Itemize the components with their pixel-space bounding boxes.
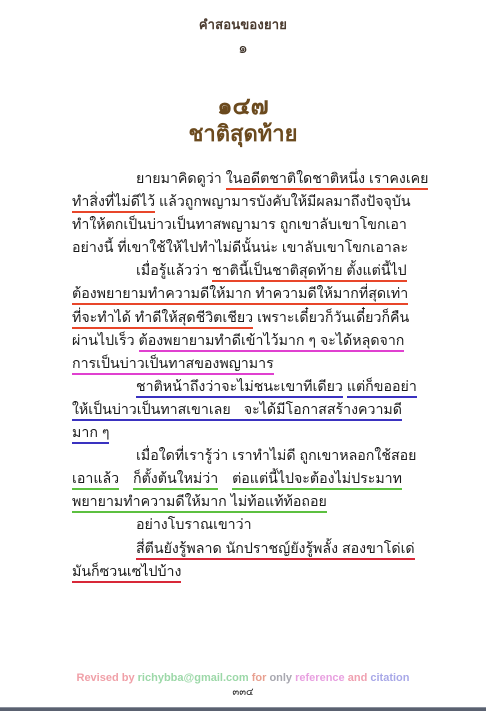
- credit-word: reference: [295, 672, 345, 684]
- credit-word: Revised by: [77, 672, 135, 684]
- credit-word: only: [269, 672, 292, 684]
- highlighted-phrase: ให้เป็นบ่าวเป็นทาสเขาเลย จะได้มีโอกาสสร้…: [72, 402, 402, 421]
- text-span: เมื่อรู้แล้วว่า: [136, 263, 212, 279]
- text-span: ผ่านไปเร็ว: [72, 333, 139, 349]
- text-line: มาก ๆ: [72, 422, 402, 445]
- text-line: ยายมาคิดดูว่า ในอดีตชาติใดชาติหนึ่ง เราค…: [72, 168, 402, 191]
- text-span: แล้วถูกพญามารบังคับให้มีผลมาถึงปัจจุบัน: [155, 194, 411, 210]
- text-line: สี่ตีนยังรู้พลาด นักปราชญ์ยังรู้พลั้ง สอ…: [72, 538, 402, 561]
- text-line: เมื่อรู้แล้วว่า ชาตินี้เป็นชาติสุดท้าย ต…: [72, 260, 402, 283]
- highlighted-phrase: แต่ก็ขออย่า: [347, 379, 417, 398]
- text-span: อย่างโบราณเขาว่า: [136, 517, 252, 533]
- text-span: เพราะเดี๋ยวก็วันเดี๋ยวก็คืน: [253, 310, 409, 326]
- text-line: พยายามทำความดีให้มาก ไม่ท้อแท้ท้อถอย: [72, 491, 402, 514]
- highlighted-phrase: พยายามทำความดีให้มาก ไม่ท้อแท้ท้อถอย: [72, 494, 327, 513]
- text-span: [218, 471, 232, 487]
- text-line: ให้เป็นบ่าวเป็นทาสเขาเลย จะได้มีโอกาสสร้…: [72, 399, 402, 422]
- text-line: อย่างนี้ ที่เขาใช้ให้ไปทำไม่ดีนั้นน่ะ เข…: [72, 237, 402, 260]
- text-line: ต้องพยายามทำความดีให้มาก ทำความดีให้มากท…: [72, 283, 402, 306]
- highlighted-phrase: ชาติหน้าถึงว่าจะไม่ชนะเขาทีเดียว: [136, 379, 343, 398]
- book-title: คำสอนของยาย: [0, 14, 486, 35]
- text-line: ชาติหน้าถึงว่าจะไม่ชนะเขาทีเดียว แต่ก็ขอ…: [72, 376, 402, 399]
- highlighted-phrase: ต้องพยายามทำดีเข้าไว้มาก ๆ จะได้หลุดจาก: [139, 333, 405, 352]
- credit-email: richybba@gmail.com: [138, 672, 249, 684]
- highlighted-phrase: มาก ๆ: [72, 425, 109, 444]
- header-circle-number: ๑: [0, 36, 486, 60]
- text-line: เมื่อใดที่เรารู้ว่า เราทำไม่ดี ถูกเขาหลอ…: [72, 445, 402, 468]
- page-number: ๓๓๔: [0, 685, 486, 700]
- credit-word: for: [252, 672, 267, 684]
- text-line: มันก็ซวนเซไปบ้าง: [72, 561, 402, 584]
- text-line: การเป็นบ่าวเป็นทาสของพญามาร: [72, 353, 402, 376]
- book-page: คำสอนของยาย ๑ ๑๔๗ ชาติสุดท้าย ยายมาคิดดู…: [0, 0, 486, 707]
- credit-word: and: [348, 672, 368, 684]
- text-span: ยายมาคิดดูว่า: [136, 171, 226, 187]
- text-span: อย่างนี้ ที่เขาใช้ให้ไปทำไม่ดีนั้นน่ะ เข…: [72, 240, 408, 256]
- highlighted-phrase: ในอดีตชาติใดชาติหนึ่ง เราคงเคย: [226, 171, 429, 190]
- credit-word: citation: [370, 672, 409, 684]
- text-line: ผ่านไปเร็ว ต้องพยายามทำดีเข้าไว้มาก ๆ จะ…: [72, 330, 402, 353]
- highlighted-phrase: สี่ตีนยังรู้พลาด นักปราชญ์ยังรู้พลั้ง สอ…: [136, 541, 415, 560]
- text-line: ทำสิ่งที่ไม่ดีไว้ แล้วถูกพญามารบังคับให้…: [72, 191, 402, 214]
- highlighted-phrase: การเป็นบ่าวเป็นทาสของพญามาร: [72, 356, 274, 375]
- text-line: ที่จะทำได้ ทำดีให้สุดชีวิตเชียว เพราะเดี…: [72, 307, 402, 330]
- highlighted-phrase: ที่จะทำได้ ทำดีให้สุดชีวิตเชียว: [72, 310, 253, 329]
- highlighted-phrase: ชาตินี้เป็นชาติสุดท้าย ตั้งแต่นี้ไป: [212, 263, 407, 282]
- highlighted-phrase: ต่อแต่นี้ไปจะต้องไม่ประมาท: [232, 471, 402, 490]
- text-span: เมื่อใดที่เรารู้ว่า เราทำไม่ดี ถูกเขาหลอ…: [136, 448, 416, 464]
- chapter-title: ชาติสุดท้าย: [0, 116, 486, 151]
- highlighted-phrase: ต้องพยายามทำความดีให้มาก ทำความดีให้มากท…: [72, 286, 408, 305]
- text-span: [119, 471, 133, 487]
- highlighted-phrase: มันก็ซวนเซไปบ้าง: [72, 564, 181, 583]
- text-line: อย่างโบราณเขาว่า: [72, 514, 402, 537]
- highlighted-phrase: เอาแล้ว: [72, 471, 119, 490]
- viewer-bottom-bar: [0, 707, 486, 711]
- text-line: ทำให้ตกเป็นบ่าวเป็นทาสพญามาร ถูกเขาลับเข…: [72, 214, 402, 237]
- text-span: ทำให้ตกเป็นบ่าวเป็นทาสพญามาร ถูกเขาลับเข…: [72, 217, 407, 233]
- body-text: ยายมาคิดดูว่า ในอดีตชาติใดชาติหนึ่ง เราค…: [72, 168, 402, 584]
- highlighted-phrase: ก็ตั้งต้นใหม่ว่า: [133, 471, 218, 490]
- highlighted-phrase: ทำสิ่งที่ไม่ดีไว้: [72, 194, 155, 213]
- text-line: เอาแล้ว ก็ตั้งต้นใหม่ว่า ต่อแต่นี้ไปจะต้…: [72, 468, 402, 491]
- revision-credit: Revised by richybba@gmail.com for only r…: [0, 672, 486, 684]
